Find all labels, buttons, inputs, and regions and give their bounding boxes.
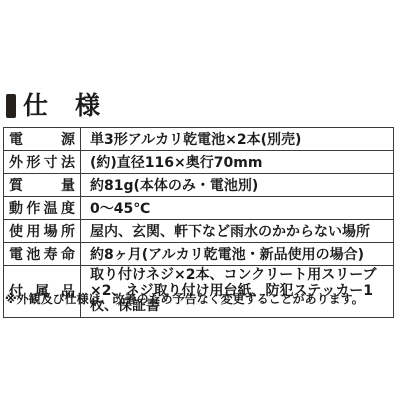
section-header: 仕 様 (6, 93, 101, 118)
table-row: 電源 単3形アルカリ乾電池×2本(別売) (4, 128, 394, 151)
spec-value-usage-location: 屋内、玄関、軒下など雨水のかからない場所 (81, 220, 394, 243)
spec-label-usage-location: 使用場所 (4, 220, 81, 243)
spec-value-dimensions: (約)直径116×奥行70mm (81, 151, 394, 174)
disclaimer-note: ※外観及び仕様は、改善のため予告なく変更することがあります。 (5, 290, 395, 307)
table-row: 電池寿命 約8ヶ月(アルカリ乾電池・新品使用の場合) (4, 243, 394, 266)
spec-label-dimensions: 外形寸法 (4, 151, 81, 174)
page-title: 仕 様 (23, 93, 101, 118)
spec-value-weight: 約81g(本体のみ・電池別) (81, 174, 394, 197)
spec-label-battery-life: 電池寿命 (4, 243, 81, 266)
spec-label-operating-temp: 動作温度 (4, 197, 81, 220)
table-row: 質量 約81g(本体のみ・電池別) (4, 174, 394, 197)
table-row: 使用場所 屋内、玄関、軒下など雨水のかからない場所 (4, 220, 394, 243)
spec-value-battery-life: 約8ヶ月(アルカリ乾電池・新品使用の場合) (81, 243, 394, 266)
table-row: 動作温度 0〜45℃ (4, 197, 394, 220)
table-row: 外形寸法 (約)直径116×奥行70mm (4, 151, 394, 174)
title-bar-icon (6, 94, 16, 118)
spec-value-operating-temp: 0〜45℃ (81, 197, 394, 220)
spec-label-power: 電源 (4, 128, 81, 151)
spec-label-weight: 質量 (4, 174, 81, 197)
spec-table: 電源 単3形アルカリ乾電池×2本(別売) 外形寸法 (約)直径116×奥行70m… (3, 127, 394, 318)
spec-value-power: 単3形アルカリ乾電池×2本(別売) (81, 128, 394, 151)
